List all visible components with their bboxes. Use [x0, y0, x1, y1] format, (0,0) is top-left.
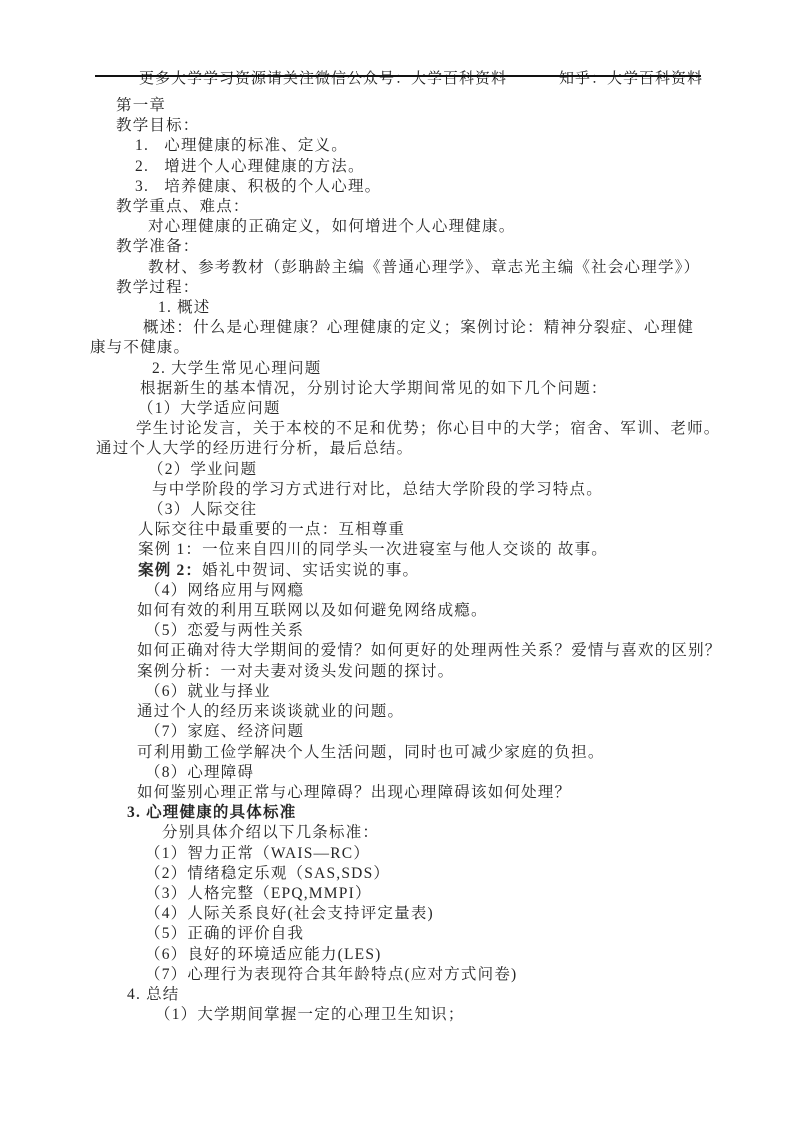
text-line: 1. 心理健康的标准、定义。	[90, 136, 720, 156]
text-line: （5）正确的评价自我	[90, 924, 720, 944]
case-label: 案例 2：	[138, 562, 202, 579]
text-line: （6）就业与择业	[90, 682, 720, 702]
text-line: （1）智力正常（WAIS—RC）	[90, 844, 720, 864]
text-line: 概述：什么是心理健康？心理健康的定义；案例讨论：精神分裂症、心理健	[90, 318, 720, 338]
text-line: 对心理健康的正确定义，如何增进个人心理健康。	[90, 217, 720, 237]
text-line: 教学重点、难点：	[90, 197, 720, 217]
text-line: 如何正确对待大学期间的爱情？如何更好的处理两性关系？爱情与喜欢的区别？	[90, 641, 720, 661]
text-line: （6）良好的环境适应能力(LES)	[90, 945, 720, 965]
text-line: 3. 培养健康、积极的个人心理。	[90, 177, 720, 197]
text-line: 2. 大学生常见心理问题	[90, 359, 720, 379]
text-line: （8）心理障碍	[90, 763, 720, 783]
text-line: 如何鉴别心理正常与心理障碍？出现心理障碍该如何处理？	[90, 783, 720, 803]
text-line: 通过个人的经历来谈谈就业的问题。	[90, 702, 720, 722]
text-line: 案例 2：婚礼中贺词、实话实说的事。	[90, 561, 720, 581]
text-line: 案例 1：一位来自四川的同学头一次进寝室与他人交谈的 故事。	[90, 540, 720, 560]
text-line: （7）心理行为表现符合其年龄特点(应对方式问卷)	[90, 965, 720, 985]
text-line: 教学过程：	[90, 278, 720, 298]
wechat-note: 更多大学学习资源请关注微信公众号：大学百科资料	[139, 71, 507, 87]
text-line: （3）人格完整（EPQ,MMPI）	[90, 884, 720, 904]
text-line: 分别具体介绍以下几条标准：	[90, 823, 720, 843]
document-page: 更多大学学习资源请关注微信公众号：大学百科资料知乎：大学百科资料 第一章教学目标…	[0, 0, 793, 1122]
text-line: 2. 增进个人心理健康的方法。	[90, 157, 720, 177]
text-line: （7）家庭、经济问题	[90, 722, 720, 742]
text-line: 案例分析：一对夫妻对烫头发问题的探讨。	[90, 662, 720, 682]
text-line: 第一章	[90, 96, 720, 116]
text-line: （5）恋爱与两性关系	[90, 621, 720, 641]
text-line: 3. 心理健康的具体标准	[90, 803, 720, 823]
text-line: （4）网络应用与网瘾	[90, 581, 720, 601]
text-line: 如何有效的利用互联网以及如何避免网络成瘾。	[90, 601, 720, 621]
text-line: （3）人际交往	[90, 500, 720, 520]
text-line: 学生讨论发言，关于本校的不足和优势；你心目中的大学；宿舍、军训、老师。	[90, 419, 720, 439]
text-line: 康与不健康。	[90, 338, 720, 358]
zhihu-note: 知乎：大学百科资料	[559, 71, 703, 87]
text-span: 婚礼中贺词、实话实说的事。	[202, 562, 419, 579]
text-line: 通过个人大学的经历进行分析，最后总结。	[90, 439, 720, 459]
text-line: （1）大学期间掌握一定的心理卫生知识；	[90, 1005, 720, 1025]
text-line: （1）大学适应问题	[90, 399, 720, 419]
text-line: 根据新生的基本情况，分别讨论大学期间常见的如下几个问题：	[90, 379, 720, 399]
document-body: 第一章教学目标：1. 心理健康的标准、定义。2. 增进个人心理健康的方法。3. …	[90, 96, 720, 1025]
text-line: 教学目标：	[90, 116, 720, 136]
text-line: 1. 概述	[90, 298, 720, 318]
text-line: 教材、参考教材（彭聃龄主编《普通心理学》、章志光主编《社会心理学》）	[90, 258, 720, 278]
header-rule	[95, 75, 701, 77]
text-line: 4. 总结	[90, 985, 720, 1005]
text-line: 与中学阶段的学习方式进行对比，总结大学阶段的学习特点。	[90, 480, 720, 500]
text-line: （4）人际关系良好(社会支持评定量表)	[90, 904, 720, 924]
text-line: （2）学业问题	[90, 460, 720, 480]
text-line: 可利用勤工俭学解决个人生活问题，同时也可减少家庭的负担。	[90, 743, 720, 763]
text-line: 教学准备：	[90, 237, 720, 257]
text-line: （2）情绪稳定乐观（SAS,SDS）	[90, 864, 720, 884]
text-line: 人际交往中最重要的一点：互相尊重	[90, 520, 720, 540]
